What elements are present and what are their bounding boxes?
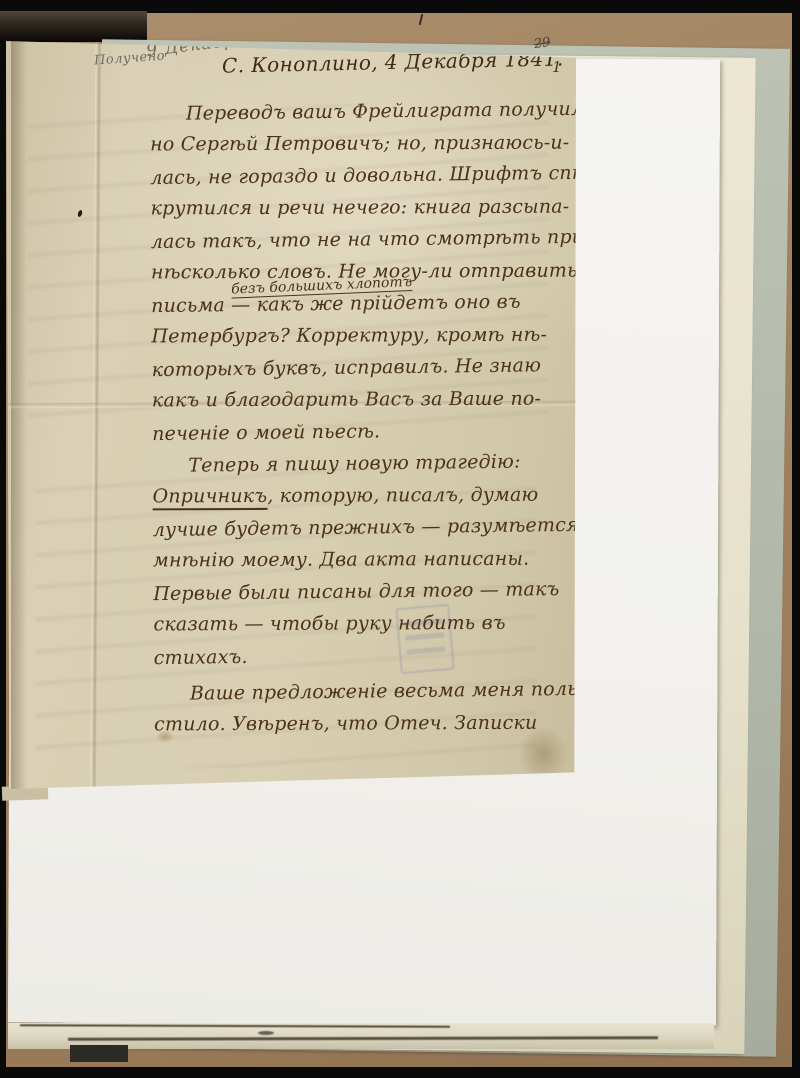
handwritten-line: какъ и благодарить Васъ за Ваше по-	[152, 383, 576, 417]
handwritten-line: стило. Увѣренъ, что Отеч. Записки	[154, 707, 578, 741]
underlined-title: Опричникъ	[153, 485, 268, 510]
handwritten-line: Переводъ вашъ Фрейлиграта получилъ, сове…	[150, 93, 574, 130]
handwritten-line: печеніе о моей пьесѣ.	[152, 413, 576, 450]
struck-page-number: 29	[533, 35, 551, 52]
handwritten-line: Петербургъ? Корректуру, кромѣ нѣ-	[151, 319, 575, 353]
ink-smudge-mark	[68, 1036, 658, 1041]
ink-smudge-mark	[258, 1031, 274, 1035]
handwritten-line: Теперь я пишу новую трагедію:	[152, 445, 576, 482]
handwritten-line: мнѣнію моему. Два акта написаны.	[153, 543, 577, 577]
handwritten-line: стихахъ.	[154, 637, 578, 674]
shadow-patch	[70, 1045, 128, 1062]
handwritten-line: Опричникъ, которую, писалъ, думаю	[152, 479, 576, 513]
leather-spine-edge	[0, 11, 147, 42]
letter-paragraph-3: Ваше предложеніе весьма меня поль- стило…	[154, 674, 578, 741]
scan-photograph: Получено 9 Декабря С. Коноплино, 4 Декаб…	[0, 0, 800, 1078]
handwritten-line: Первые были писаны для того — такъ	[153, 573, 577, 610]
folio-number: 1	[552, 58, 562, 76]
letter-page: Получено 9 Декабря С. Коноплино, 4 Декаб…	[6, 38, 576, 792]
handwritten-line: лучше будетъ прежнихъ — разумѣется, по	[153, 509, 577, 546]
handwritten-line: лась, не гораздо и довольна. Шрифтъ спѣш…	[150, 157, 574, 194]
letter-paragraph-1: Переводъ вашъ Фрейлиграта получилъ, сове…	[150, 94, 576, 449]
handwritten-line: крутился и речи нечего: книга разсыпа-	[150, 191, 574, 225]
letter-body: Переводъ вашъ Фрейлиграта получилъ, сове…	[3, 36, 578, 794]
handwritten-line: сказать — чтобы руку набить въ	[153, 607, 577, 641]
handwritten-line: Ваше предложеніе весьма меня поль-	[154, 673, 578, 710]
handwritten-line: но Сергѣй Петровичъ; но, признаюсь-и-	[150, 127, 574, 161]
handwritten-line: которыхъ буквъ, исправилъ. Не знаю	[151, 349, 575, 386]
handwritten-line: лась такъ, что не на что смотрѣть пришло…	[151, 221, 575, 258]
letter-paragraph-2: Теперь я пишу новую трагедію: Опричникъ,…	[152, 446, 578, 673]
ink-smudge-mark	[20, 1024, 450, 1028]
